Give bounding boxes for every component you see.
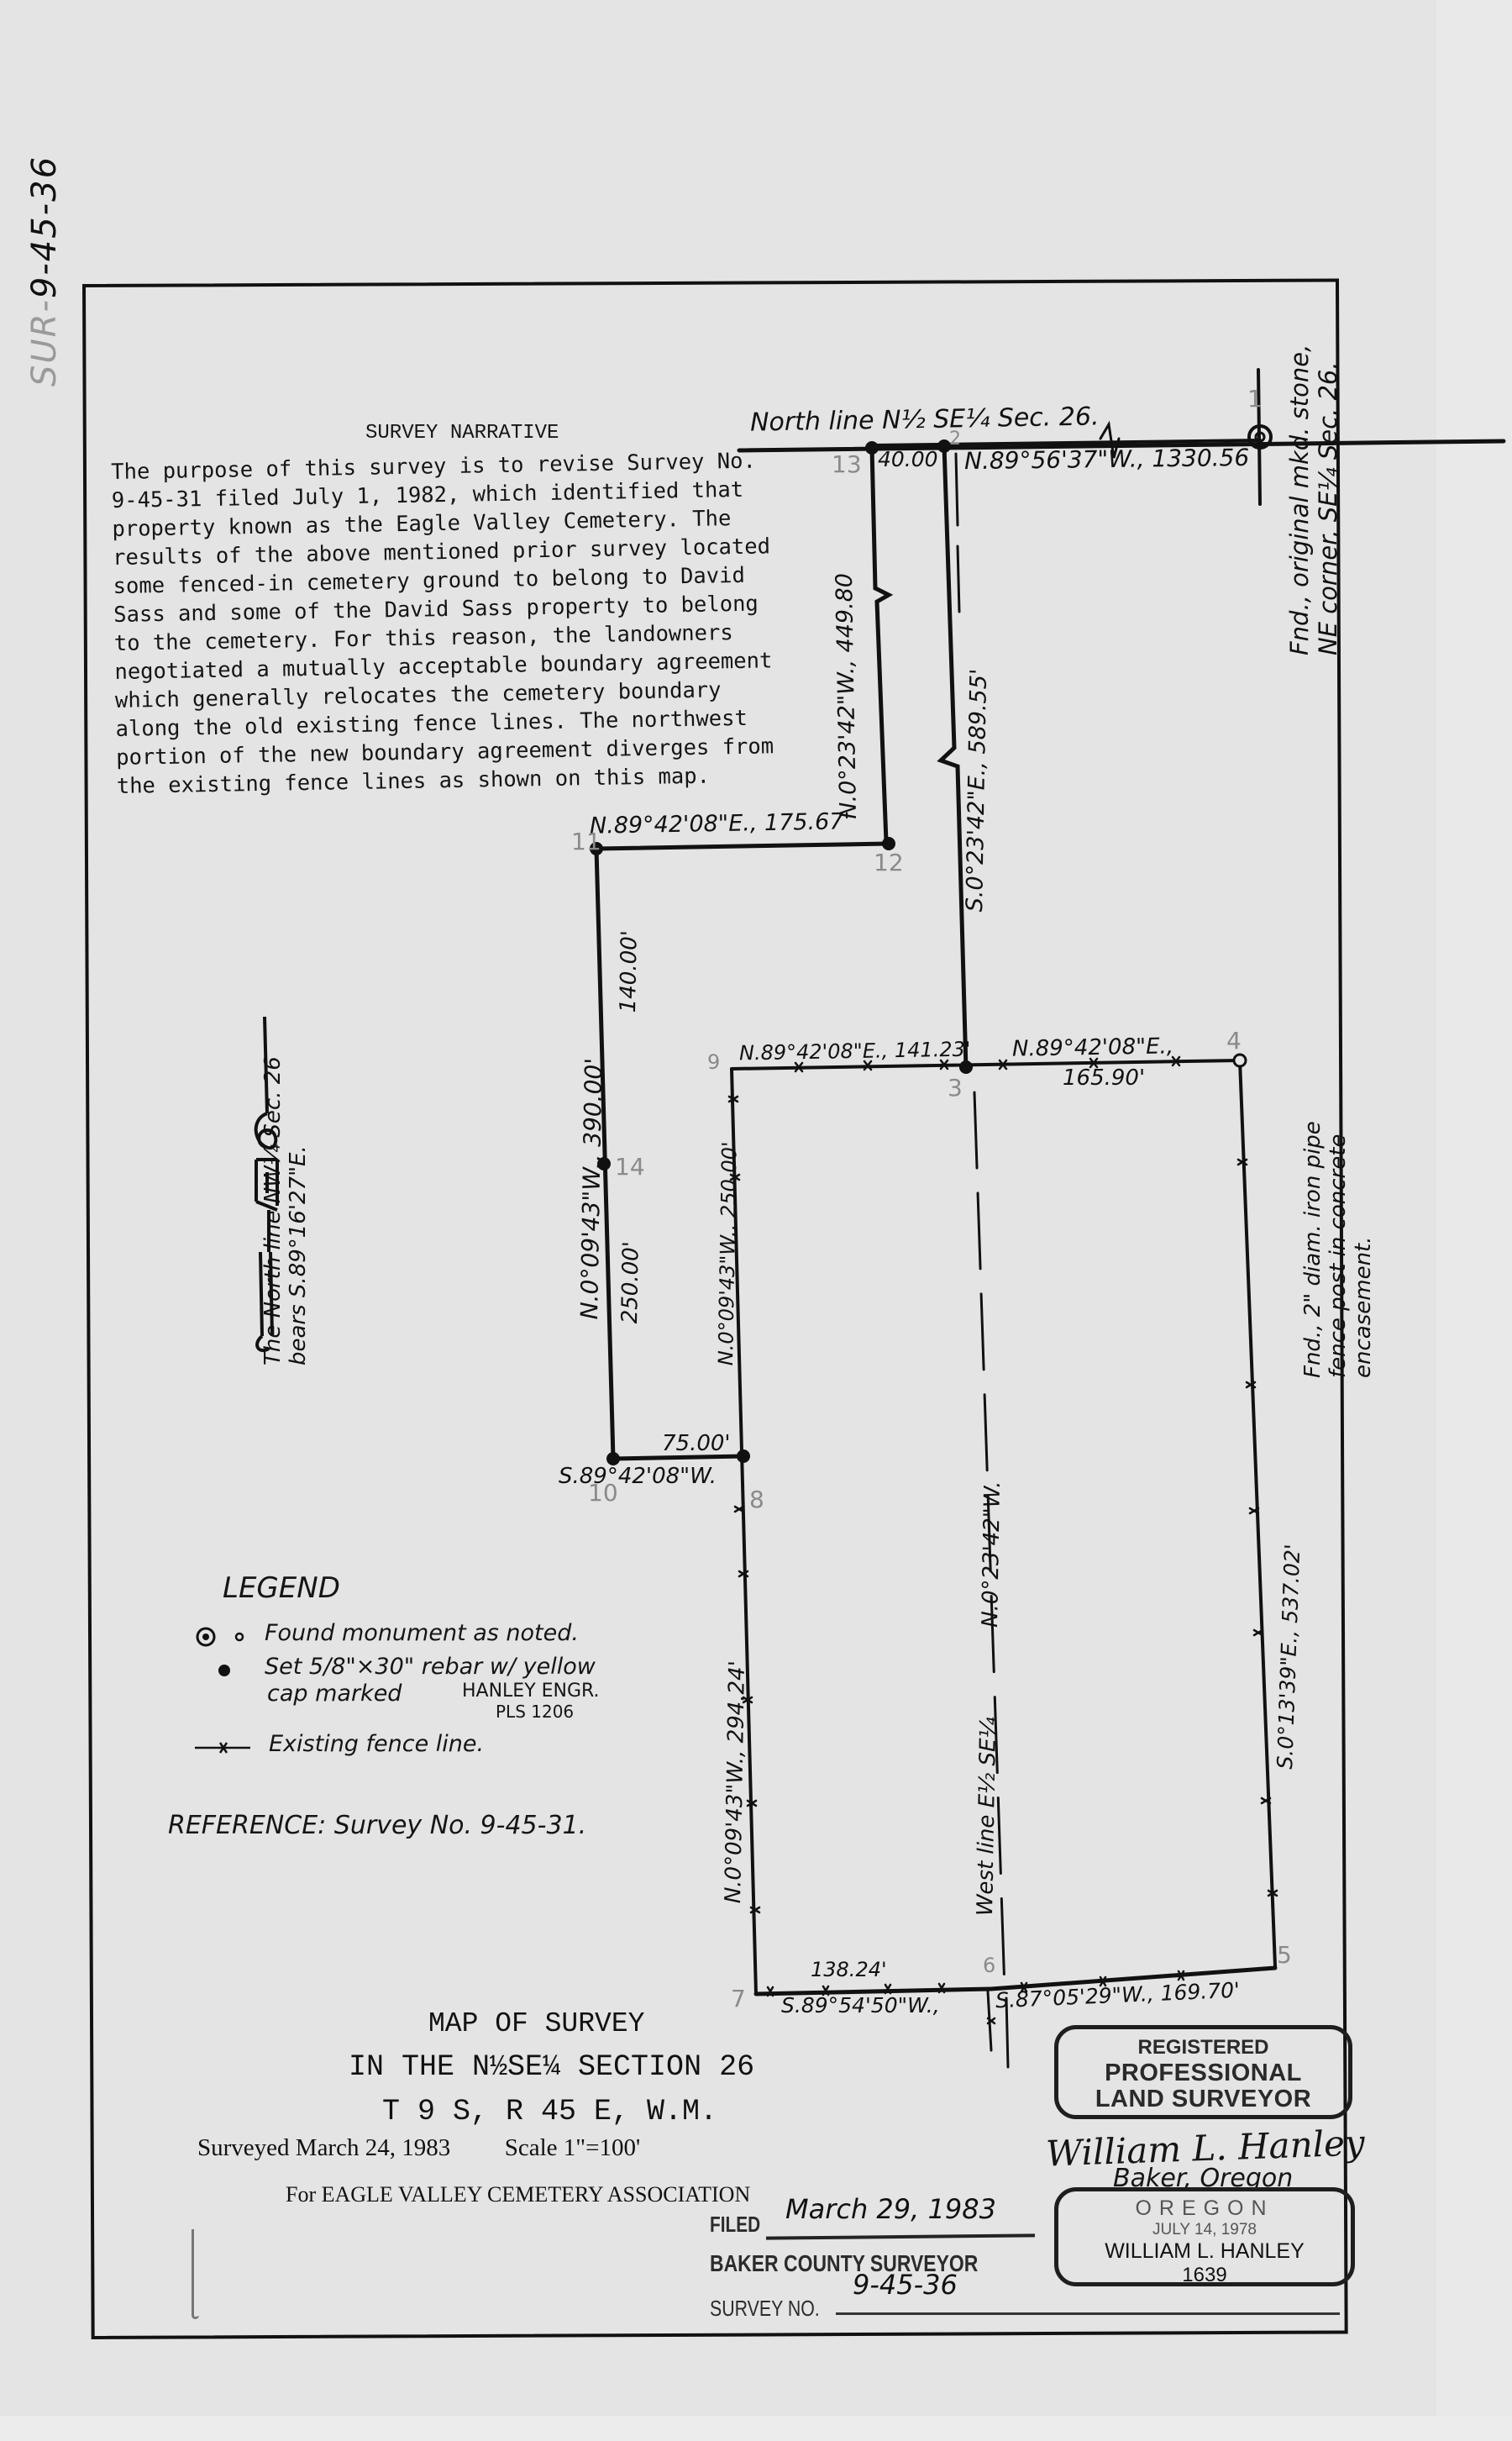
point-number: 4 — [1226, 1027, 1242, 1055]
oregon-license-stamp: OREGON JULY 14, 1978 WILLIAM L. HANLEY 1… — [1054, 2187, 1355, 2286]
survey-number-value: 9-45-36 — [853, 2269, 958, 2301]
point-number: 2 — [949, 429, 961, 450]
point-number: 12 — [874, 849, 904, 876]
map-township-range: T 9 S, R 45 E, W.M. — [382, 2095, 717, 2128]
course-9-8: N.0°09'43"W., 250.00' — [714, 1141, 742, 1365]
legend-cap-marking: HANLEY ENGR. — [462, 1681, 600, 1702]
line-13-12 — [872, 447, 889, 842]
line-2-3 — [941, 445, 966, 1069]
staple-mark — [192, 2229, 199, 2319]
course-14-10-distance: 250.00' — [617, 1241, 644, 1324]
course-3-4-bearing: N.89°42'08"E., — [1012, 1034, 1174, 1061]
map-location: IN THE N½SE¼ SECTION 26 — [349, 2050, 754, 2084]
course-7-6-distance: 138.24' — [811, 1958, 887, 1981]
legend-cap-pls: PLS 1206 — [496, 1702, 574, 1722]
found-pipe-4 — [1234, 1055, 1246, 1066]
filed-label: FILED — [710, 2212, 760, 2238]
legend-symbols — [195, 1628, 250, 1753]
course-2-1: N.89°56'37"W., 1330.56 — [964, 444, 1250, 475]
course-10-8-distance: 75.00' — [662, 1431, 731, 1456]
course-13-2-distance: 40.00 — [878, 447, 938, 471]
survey-date: Surveyed March 24, 1983 — [197, 2134, 450, 2161]
iron-pipe-note: Fnd., 2" diam. iron pipe fence post in c… — [1300, 1121, 1376, 1378]
course-10-8-bearing: S.89°42'08"W. — [559, 1464, 717, 1489]
north-line-label: North line N½ SE¼ Sec. 26. — [750, 402, 1100, 437]
legend-fence-line: Existing fence line. — [269, 1731, 484, 1757]
point-number: 8 — [749, 1486, 764, 1513]
set-rebar-icon — [218, 1665, 230, 1676]
point-number: 6 — [983, 1954, 995, 1977]
line-10-8 — [613, 1456, 743, 1459]
legend-set-rebar-cap: cap marked — [267, 1681, 402, 1707]
course-11-10: N.0°09'43"W., 390.00' — [575, 1058, 607, 1320]
found-monument-small-icon — [236, 1633, 243, 1640]
survey-number-label: SURVEY NO. — [710, 2296, 820, 2322]
course-3-4-distance: 165.90' — [1063, 1065, 1145, 1091]
course-11-14-distance: 140.00' — [616, 930, 643, 1013]
course-11-12: N.89°42'08"E., 175.67' — [590, 808, 850, 839]
legend-title: LEGEND — [223, 1571, 340, 1605]
point-number: 13 — [832, 450, 862, 478]
course-2-3: S.0°23'42"E., 589.55' — [962, 668, 992, 912]
course-7-8: N.0°09'43"W., 294.24' — [721, 1660, 750, 1904]
map-title: MAP OF SURVEY — [428, 2008, 644, 2039]
point-number: 9 — [707, 1050, 720, 1074]
set-rebar-13 — [865, 441, 879, 455]
point-number: 5 — [1277, 1941, 1292, 1969]
survey-date-and-scale: Surveyed March 24, 1983 Scale 1"=100' — [197, 2134, 640, 2162]
registered-surveyor-stamp: REGISTERED PROFESSIONAL LAND SURVEYOR — [1054, 2025, 1352, 2119]
survey-number-underline — [836, 2312, 1340, 2315]
course-9-3: N.89°42'08"E., 141.23' — [739, 1038, 971, 1065]
north-arrow-note: The North line NW¼ Sec. 26 bears S.89°16… — [260, 1056, 311, 1365]
filed-date: March 29, 1983 — [785, 2193, 996, 2225]
point-number: 7 — [731, 1985, 746, 2012]
point-number: 14 — [615, 1153, 645, 1181]
set-rebar-3 — [959, 1060, 973, 1074]
set-rebar-8 — [737, 1449, 750, 1463]
reference-note: REFERENCE: Survey No. 9-45-31. — [168, 1811, 586, 1840]
survey-client: For EAGLE VALLEY CEMETERY ASSOCIATION — [286, 2182, 750, 2207]
point-number: 3 — [948, 1074, 963, 1102]
point-number: 10 — [588, 1479, 618, 1507]
course-7-6-bearing: S.89°54'50"W., — [781, 1993, 940, 2018]
line-11-12 — [596, 844, 889, 849]
point-number: 1 — [1247, 385, 1263, 413]
map-scale: Scale 1"=100' — [505, 2134, 640, 2161]
point-number: 11 — [571, 828, 601, 855]
legend-found-monument: Found monument as noted. — [265, 1620, 579, 1646]
legend-set-rebar: Set 5/8"×30" rebar w/ yellow — [265, 1654, 596, 1680]
ne-corner-note: Fnd., original mkd. stone, NE corner, SE… — [1285, 345, 1342, 655]
course-13-12: N.0°23'42"W., 449.80 — [832, 573, 862, 819]
